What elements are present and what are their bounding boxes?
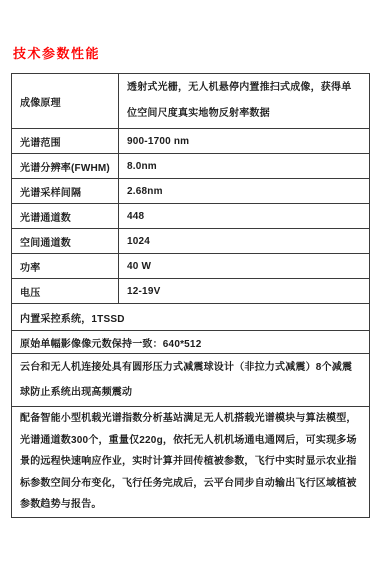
table-row-fullwidth: 内置采控系统，1TSSD bbox=[12, 304, 370, 331]
table-row-fullwidth: 原始单幅影像像元数保持一致：640*512 bbox=[12, 331, 370, 354]
table-row: 光谱通道数 448 bbox=[12, 204, 370, 229]
spec-value: 900-1700 nm bbox=[119, 129, 370, 154]
spec-note: 云台和无人机连接处具有圆形压力式减震球设计（非拉力式减震）8个减震球防止系统出现… bbox=[12, 354, 370, 407]
spec-label: 光谱范围 bbox=[12, 129, 119, 154]
table-row: 电压 12-19V bbox=[12, 279, 370, 304]
spec-note: 配备智能小型机载光谱指数分析基站满足无人机搭载光谱模块与算法模型，光谱通道数30… bbox=[12, 407, 370, 518]
spec-label: 空间通道数 bbox=[12, 229, 119, 254]
spec-label: 功率 bbox=[12, 254, 119, 279]
spec-value: 448 bbox=[119, 204, 370, 229]
spec-value: 8.0nm bbox=[119, 154, 370, 179]
spec-value: 12-19V bbox=[119, 279, 370, 304]
table-row-fullwidth: 云台和无人机连接处具有圆形压力式减震球设计（非拉力式减震）8个减震球防止系统出现… bbox=[12, 354, 370, 407]
table-row: 光谱分辨率(FWHM) 8.0nm bbox=[12, 154, 370, 179]
table-row: 光谱采样间隔 2.68nm bbox=[12, 179, 370, 204]
table-row-fullwidth: 配备智能小型机载光谱指数分析基站满足无人机搭载光谱模块与算法模型，光谱通道数30… bbox=[12, 407, 370, 518]
spec-note: 内置采控系统，1TSSD bbox=[12, 304, 370, 331]
table-row: 空间通道数 1024 bbox=[12, 229, 370, 254]
spec-note: 原始单幅影像像元数保持一致：640*512 bbox=[12, 331, 370, 354]
spec-label: 成像原理 bbox=[12, 74, 119, 129]
spec-value: 40 W bbox=[119, 254, 370, 279]
spec-label: 光谱分辨率(FWHM) bbox=[12, 154, 119, 179]
spec-label: 光谱通道数 bbox=[12, 204, 119, 229]
table-row: 光谱范围 900-1700 nm bbox=[12, 129, 370, 154]
spec-label: 光谱采样间隔 bbox=[12, 179, 119, 204]
spec-table: 成像原理 透射式光栅，无人机悬停内置推扫式成像，获得单位空间尺度真实地物反射率数… bbox=[11, 73, 370, 518]
table-row: 成像原理 透射式光栅，无人机悬停内置推扫式成像，获得单位空间尺度真实地物反射率数… bbox=[12, 74, 370, 129]
spec-value: 透射式光栅，无人机悬停内置推扫式成像，获得单位空间尺度真实地物反射率数据 bbox=[119, 74, 370, 129]
spec-value: 1024 bbox=[119, 229, 370, 254]
document-page: 技术参数性能 成像原理 透射式光栅，无人机悬停内置推扫式成像，获得单位空间尺度真… bbox=[0, 0, 378, 567]
spec-label: 电压 bbox=[12, 279, 119, 304]
table-row: 功率 40 W bbox=[12, 254, 370, 279]
spec-value: 2.68nm bbox=[119, 179, 370, 204]
section-title: 技术参数性能 bbox=[13, 43, 100, 62]
